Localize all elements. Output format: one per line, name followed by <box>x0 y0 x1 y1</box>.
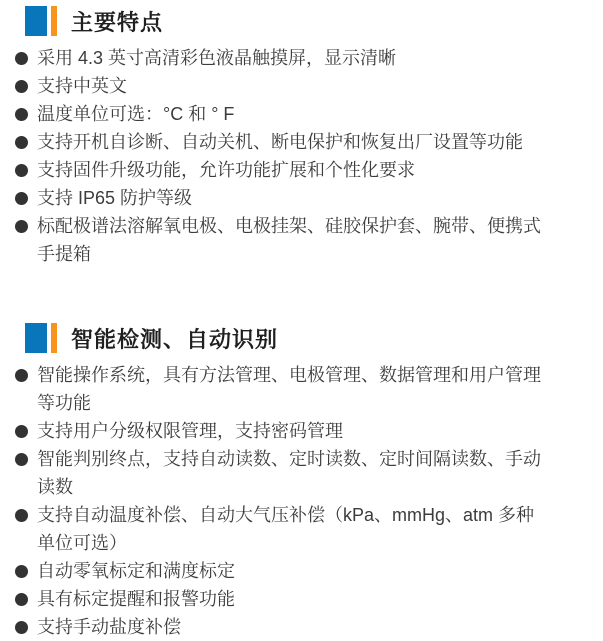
header-orange-bar-icon <box>51 323 57 353</box>
feature-text: 支持手动盐度补偿 <box>37 617 181 637</box>
feature-text: 支持 IP65 防护等级 <box>37 188 192 208</box>
section-title: 主要特点 <box>71 6 163 37</box>
bullet-icon <box>15 369 28 382</box>
feature-text: 支持开机自诊断、自动关机、断电保护和恢复出厂设置等功能 <box>37 132 523 152</box>
feature-text: 支持自动温度补偿、自动大气压补偿（kPa、mmHg、atm 多种单位可选） <box>37 505 534 553</box>
list-item: 支持用户分级权限管理，支持密码管理 <box>0 417 547 445</box>
list-item: 支持开机自诊断、自动关机、断电保护和恢复出厂设置等功能 <box>0 128 547 156</box>
bullet-icon <box>15 565 28 578</box>
feature-text: 标配极谱法溶解氧电极、电极挂架、硅胶保护套、腕带、便携式手提箱 <box>37 216 541 264</box>
main-features-list: 采用 4.3 英寸高清彩色液晶触摸屏，显示清晰 支持中英文 温度单位可选：°C … <box>0 44 547 268</box>
feature-text: 支持固件升级功能，允许功能扩展和个性化要求 <box>37 160 415 180</box>
list-item: 温度单位可选：°C 和 ° F <box>0 100 547 128</box>
list-item: 自动零氧标定和满度标定 <box>0 557 547 585</box>
bullet-icon <box>15 425 28 438</box>
document-page: 主要特点 采用 4.3 英寸高清彩色液晶触摸屏，显示清晰 支持中英文 温度单位可… <box>0 0 603 641</box>
bullet-icon <box>15 164 28 177</box>
feature-text: 采用 4.3 英寸高清彩色液晶触摸屏，显示清晰 <box>37 48 396 68</box>
header-blue-square-icon <box>25 323 47 353</box>
bullet-icon <box>15 220 28 233</box>
feature-text: 智能操作系统，具有方法管理、电极管理、数据管理和用户管理等功能 <box>37 365 541 413</box>
section-title: 智能检测、自动识别 <box>71 323 278 354</box>
section-main-features: 主要特点 采用 4.3 英寸高清彩色液晶触摸屏，显示清晰 支持中英文 温度单位可… <box>0 6 603 268</box>
list-item: 支持中英文 <box>0 72 547 100</box>
bullet-icon <box>15 80 28 93</box>
feature-text: 支持用户分级权限管理，支持密码管理 <box>37 421 343 441</box>
list-item: 智能操作系统，具有方法管理、电极管理、数据管理和用户管理等功能 <box>0 361 547 417</box>
bullet-icon <box>15 621 28 634</box>
bullet-icon <box>15 108 28 121</box>
section-smart-detection: 智能检测、自动识别 智能操作系统，具有方法管理、电极管理、数据管理和用户管理等功… <box>0 323 603 641</box>
header-orange-bar-icon <box>51 6 57 36</box>
list-item: 采用 4.3 英寸高清彩色液晶触摸屏，显示清晰 <box>0 44 547 72</box>
feature-text: 温度单位可选：°C 和 ° F <box>37 104 234 124</box>
feature-text: 具有标定提醒和报警功能 <box>37 589 235 609</box>
list-item: 支持固件升级功能，允许功能扩展和个性化要求 <box>0 156 547 184</box>
list-item: 智能判别终点，支持自动读数、定时读数、定时间隔读数、手动读数 <box>0 445 547 501</box>
smart-detection-list: 智能操作系统，具有方法管理、电极管理、数据管理和用户管理等功能 支持用户分级权限… <box>0 361 547 641</box>
feature-text: 支持中英文 <box>37 76 127 96</box>
list-item: 具有标定提醒和报警功能 <box>0 585 547 613</box>
header-blue-square-icon <box>25 6 47 36</box>
bullet-icon <box>15 52 28 65</box>
bullet-icon <box>15 453 28 466</box>
bullet-icon <box>15 509 28 522</box>
bullet-icon <box>15 192 28 205</box>
smart-detection-header: 智能检测、自动识别 <box>25 323 603 353</box>
main-features-header: 主要特点 <box>25 6 603 36</box>
bullet-icon <box>15 136 28 149</box>
list-item: 标配极谱法溶解氧电极、电极挂架、硅胶保护套、腕带、便携式手提箱 <box>0 212 547 268</box>
list-item: 支持手动盐度补偿 <box>0 613 547 641</box>
feature-text: 智能判别终点，支持自动读数、定时读数、定时间隔读数、手动读数 <box>37 449 541 497</box>
feature-text: 自动零氧标定和满度标定 <box>37 561 235 581</box>
list-item: 支持 IP65 防护等级 <box>0 184 547 212</box>
bullet-icon <box>15 593 28 606</box>
list-item: 支持自动温度补偿、自动大气压补偿（kPa、mmHg、atm 多种单位可选） <box>0 501 547 557</box>
